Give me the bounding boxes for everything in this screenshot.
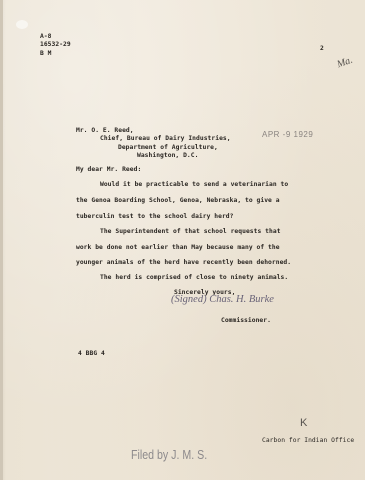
typist-code: 4 BBG 4 <box>78 350 105 358</box>
recipient-line-1: Mr. O. E. Reed, <box>76 127 134 135</box>
letter-page: A-8 16532-29 B M 2 Ma. Mr. O. E. Reed, C… <box>0 0 365 480</box>
carbon-note: Carbon for Indian Office <box>262 437 354 445</box>
file-code-3: B M <box>40 50 52 58</box>
body-p2-line-1: The Superintendent of that school reques… <box>100 228 281 236</box>
recipient-line-3: Department of Agriculture, <box>118 144 218 152</box>
salutation: My dear Mr. Reed: <box>76 166 141 174</box>
signature: (Signed) Chas. H. Burke <box>171 294 274 305</box>
initials-mark: Ma. <box>336 55 355 71</box>
file-code-1: A-8 <box>40 33 52 41</box>
body-p3-line-1: The herd is comprised of close to ninety… <box>100 274 288 282</box>
paper-crease <box>16 20 28 29</box>
file-code-2: 16532-29 <box>40 41 71 49</box>
body-p1-line-1: Would it be practicable to send a veteri… <box>100 181 288 189</box>
date-stamp: APR -9 1929 <box>262 130 313 139</box>
signer-title: Commissioner. <box>221 317 271 325</box>
recipient-line-4: Washington, D.C. <box>137 152 198 160</box>
body-p1-line-2: the Genoa Boarding School, Genoa, Nebras… <box>76 197 280 205</box>
recipient-line-2: Chief, Bureau of Dairy Industries, <box>100 135 231 143</box>
handwritten-k-mark: K <box>300 417 307 429</box>
body-p2-line-2: work be done not earlier than May becaus… <box>76 244 280 252</box>
page-number: 2 <box>320 45 324 53</box>
filed-by-stamp: Filed by J. M. S. <box>131 448 207 462</box>
body-p2-line-3: younger animals of the herd have recentl… <box>76 259 291 267</box>
body-p1-line-3: tuberculin test to the school dairy herd… <box>76 213 233 221</box>
